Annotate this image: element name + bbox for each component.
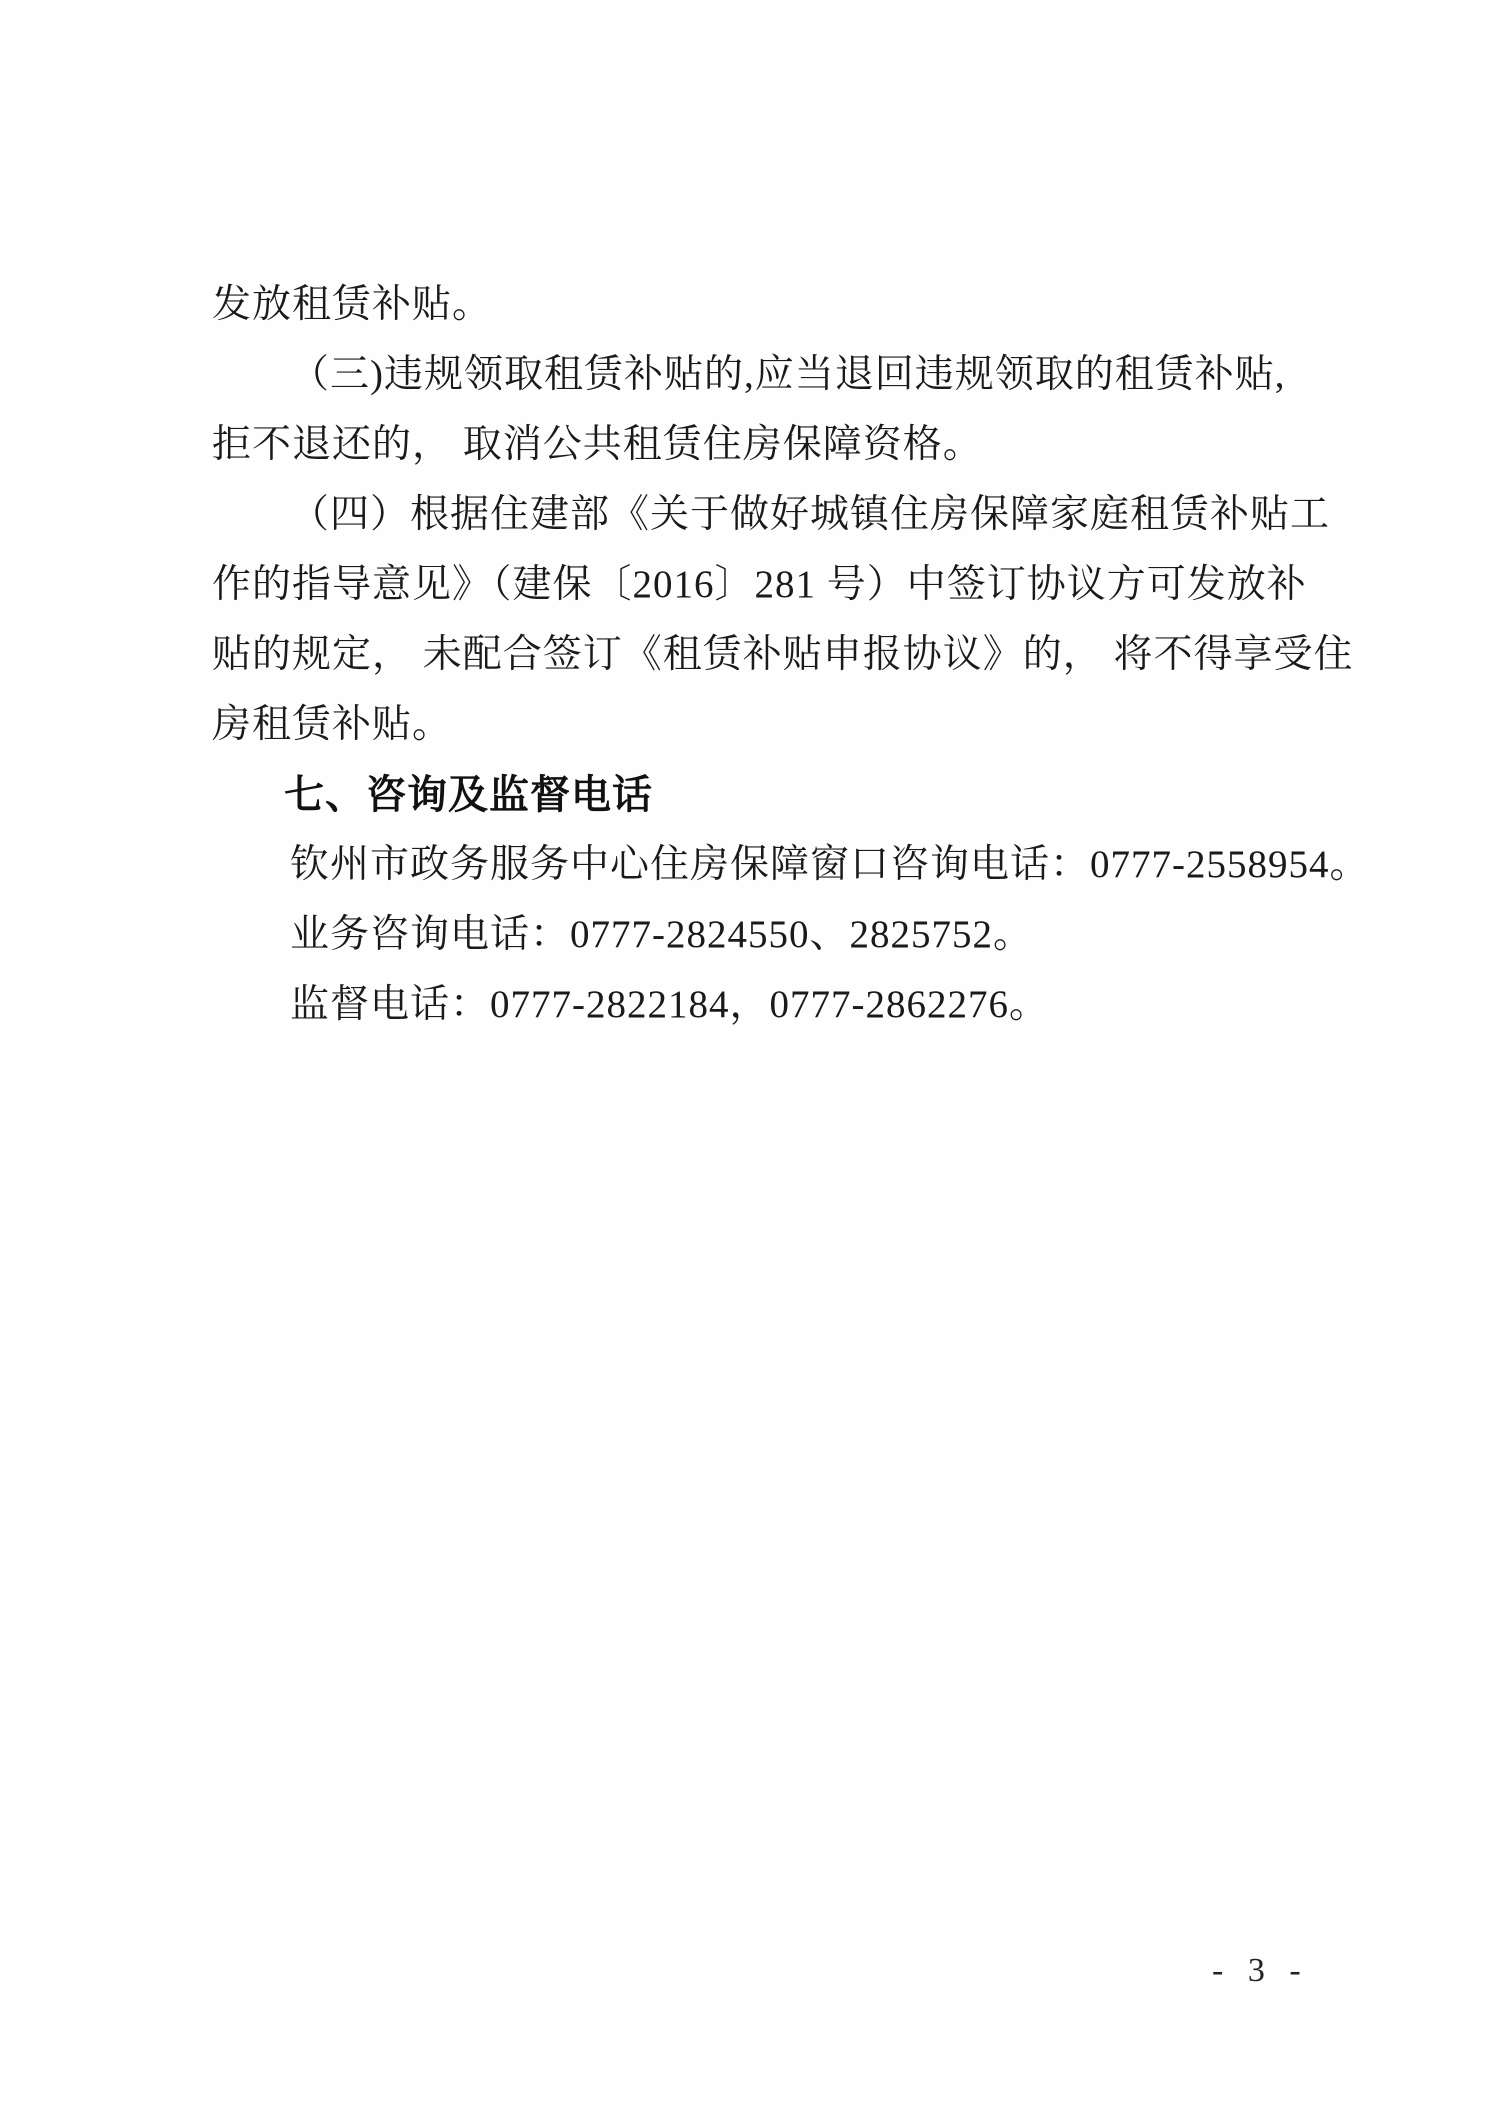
body-line-item-four-cont-1: 作的指导意见》（建保〔2016〕281 号）中签订协议方可发放补 (212, 550, 1332, 620)
document-page: 发放租赁补贴。 （三)违规领取租赁补贴的,应当退回违规领取的租赁补贴, 拒不退还… (0, 0, 1488, 2104)
body-line-item-three: （三)违规领取租赁补贴的,应当退回违规领取的租赁补贴, (212, 340, 1332, 410)
body-line-supervision-phone: 监督电话：0777-2822184，0777-2862276。 (212, 970, 1332, 1040)
section-heading-consultation-phones: 七、咨询及监督电话 (212, 760, 1332, 830)
body-line-continuation: 发放租赁补贴。 (212, 270, 1332, 340)
body-line-service-center-phone: 钦州市政务服务中心住房保障窗口咨询电话：0777-2558954。 (212, 830, 1332, 900)
body-line-business-phone: 业务咨询电话：0777-2824550、2825752。 (212, 900, 1332, 970)
body-line-item-three-cont: 拒不退还的， 取消公共租赁住房保障资格。 (212, 410, 1332, 480)
page-number: - 3 - (1212, 1952, 1309, 1990)
body-line-item-four-cont-2: 贴的规定， 未配合签订《租赁补贴申报协议》的， 将不得享受住 (212, 620, 1332, 690)
document-body: 发放租赁补贴。 （三)违规领取租赁补贴的,应当退回违规领取的租赁补贴, 拒不退还… (212, 270, 1332, 1040)
body-line-item-four: （四）根据住建部《关于做好城镇住房保障家庭租赁补贴工 (212, 480, 1332, 550)
body-line-item-four-cont-3: 房租赁补贴。 (212, 690, 1332, 760)
